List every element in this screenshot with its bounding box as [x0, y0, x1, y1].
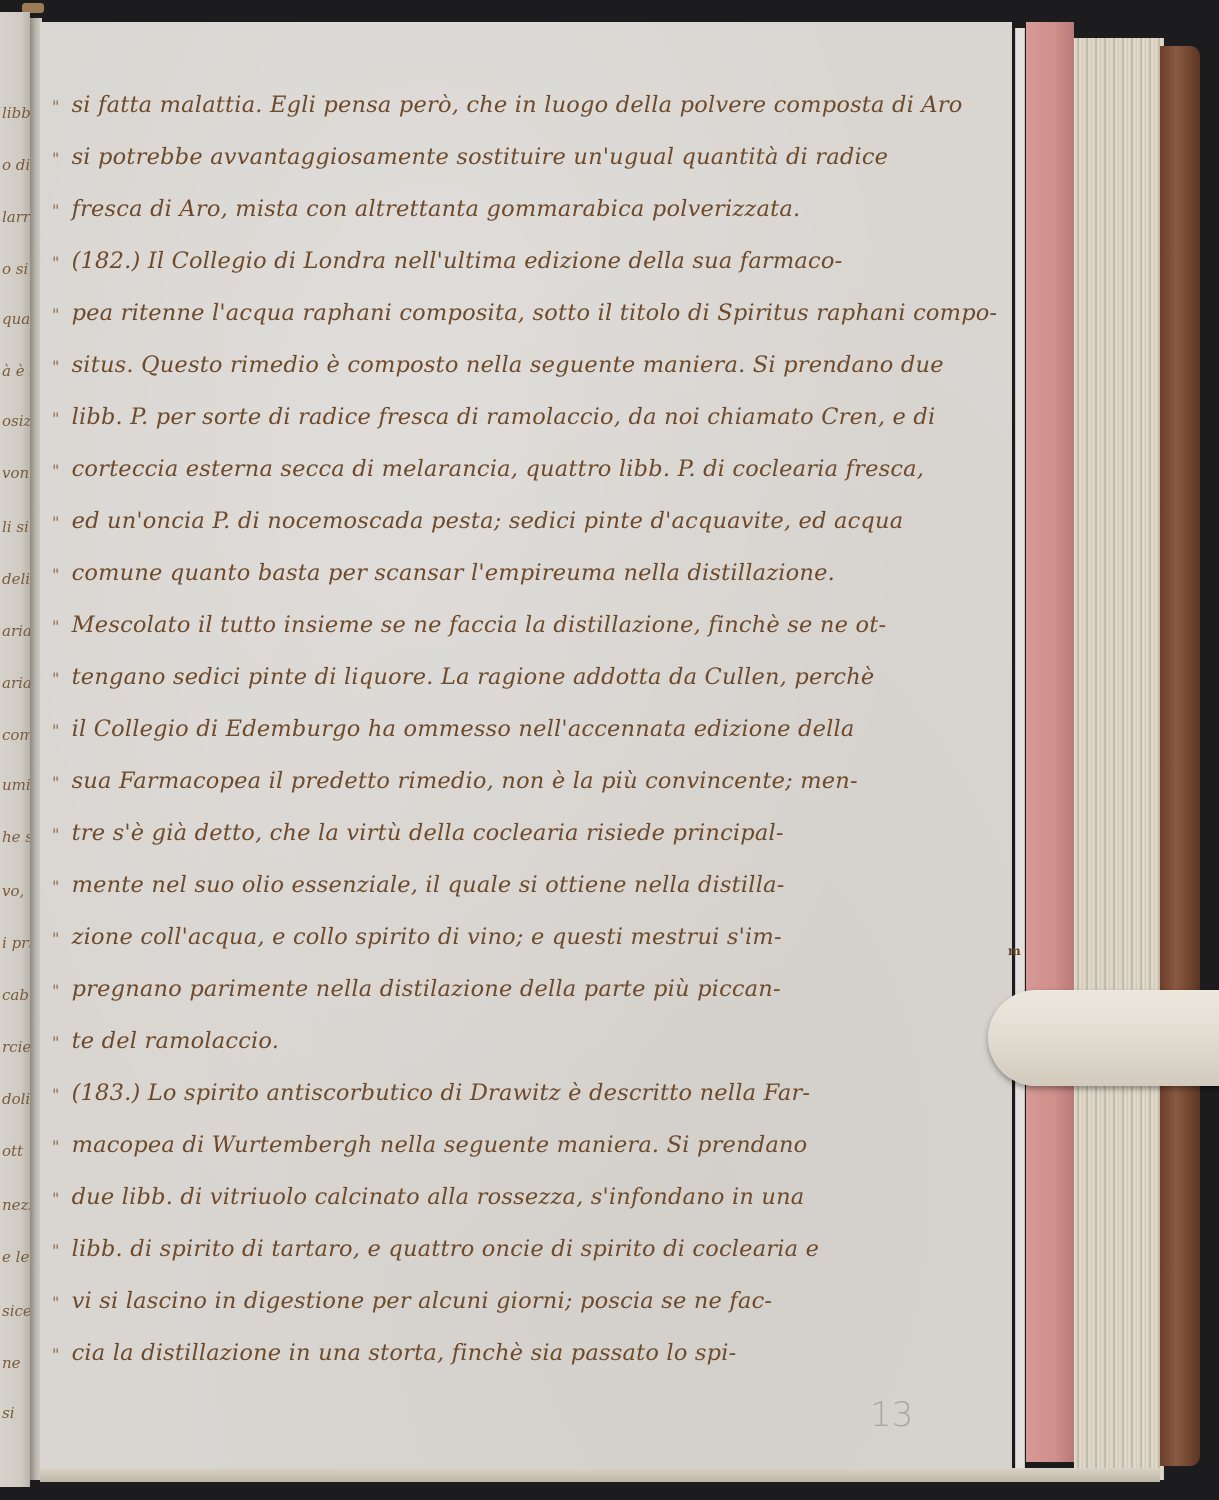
text-line: "(183.) Lo spirito antiscorbutico di Dra…: [52, 1080, 810, 1106]
book-fore-edge: [1074, 38, 1164, 1480]
text-line: "comune quanto basta per scansar l'empir…: [52, 560, 835, 586]
left-fragment: aria: [2, 622, 30, 640]
left-fragment: rcie: [2, 1038, 30, 1056]
left-fragment: umi: [2, 776, 30, 794]
left-fragment: he se: [2, 828, 30, 846]
text-line: "vi si lascino in digestione per alcuni …: [52, 1288, 772, 1314]
text-line: "te del ramolaccio.: [52, 1028, 279, 1054]
text-line: "(182.) Il Collegio di Londra nell'ultim…: [52, 248, 842, 274]
background-top: [0, 0, 1219, 18]
leather-cover: [1160, 46, 1200, 1466]
text-line: "situs. Questo rimedio è composto nella …: [52, 352, 944, 378]
left-fragment: cabu: [2, 986, 30, 1004]
text-line: "sua Farmacopea il predetto rimedio, non…: [52, 768, 858, 794]
text-line: "Mescolato il tutto insieme se ne faccia…: [52, 612, 886, 638]
left-fragment: si: [2, 1404, 15, 1422]
left-fragment: o di: [2, 156, 30, 174]
left-fragment: osizi: [2, 412, 30, 430]
left-fragment: i pri: [2, 934, 30, 952]
left-fragment: o si f: [2, 260, 30, 278]
text-line: "si potrebbe avvantaggiosamente sostitui…: [52, 144, 888, 170]
left-fragment: aria': [2, 674, 30, 692]
left-fragment: doli: [2, 1090, 30, 1108]
left-fragment: vo,: [2, 882, 24, 900]
left-fragment: delic: [2, 570, 30, 588]
text-line: "mente nel suo olio essenziale, il quale…: [52, 872, 785, 898]
pink-endpaper-edge: [1026, 22, 1074, 1462]
previous-page-edge: libb. o di larran o si f quatt à è sn os…: [0, 12, 30, 1487]
text-line: "ed un'oncia P. di nocemoscada pesta; se…: [52, 508, 903, 534]
left-fragment: li sin: [2, 518, 30, 536]
text-line: "libb. P. per sorte di radice fresca di …: [52, 404, 935, 430]
text-line: "si fatta malattia. Egli pensa però, che…: [52, 92, 963, 118]
left-fragment: ott: [2, 1142, 23, 1160]
left-fragment: à è sn: [2, 362, 30, 380]
text-line: "fresca di Aro, mista con altrettanta go…: [52, 196, 800, 222]
text-line: "pea ritenne l'acqua raphani composita, …: [52, 300, 997, 326]
text-line: "corteccia esterna secca di melarancia, …: [52, 456, 924, 482]
text-line: "tengano sedici pinte di liquore. La rag…: [52, 664, 874, 690]
text-line: "cia la distillazione in una storta, fin…: [52, 1340, 736, 1366]
left-fragment: ne: [2, 1354, 21, 1372]
left-fragment: com: [2, 726, 30, 744]
left-fragment: quatt: [2, 310, 30, 328]
left-fragment: e le: [2, 1248, 29, 1266]
left-fragment: sice: [2, 1302, 30, 1320]
text-line: "pregnano parimente nella distilazione d…: [52, 976, 781, 1002]
text-line: "il Collegio di Edemburgo ha ommesso nel…: [52, 716, 855, 742]
text-line: "zione coll'acqua, e collo spirito di vi…: [52, 924, 782, 950]
text-line: "due libb. di vitriuolo calcinato alla r…: [52, 1184, 804, 1210]
left-fragment: libb.: [2, 104, 30, 122]
left-fragment: larran: [2, 208, 30, 226]
text-line: "tre s'è già detto, che la virtù della c…: [52, 820, 784, 846]
book-bottom-edge: [40, 1468, 1160, 1482]
left-fragment: vonic: [2, 464, 30, 482]
text-line: "libb. di spirito di tartaro, e quattro …: [52, 1236, 819, 1262]
bone-folder-page-weight: [988, 990, 1219, 1086]
page-edge: [1015, 28, 1025, 1470]
text-line: "macopea di Wurtembergh nella seguente m…: [52, 1132, 807, 1158]
margin-mark: m: [1008, 944, 1021, 958]
left-fragment: nezz: [2, 1196, 30, 1214]
page-number: 13: [870, 1395, 913, 1435]
